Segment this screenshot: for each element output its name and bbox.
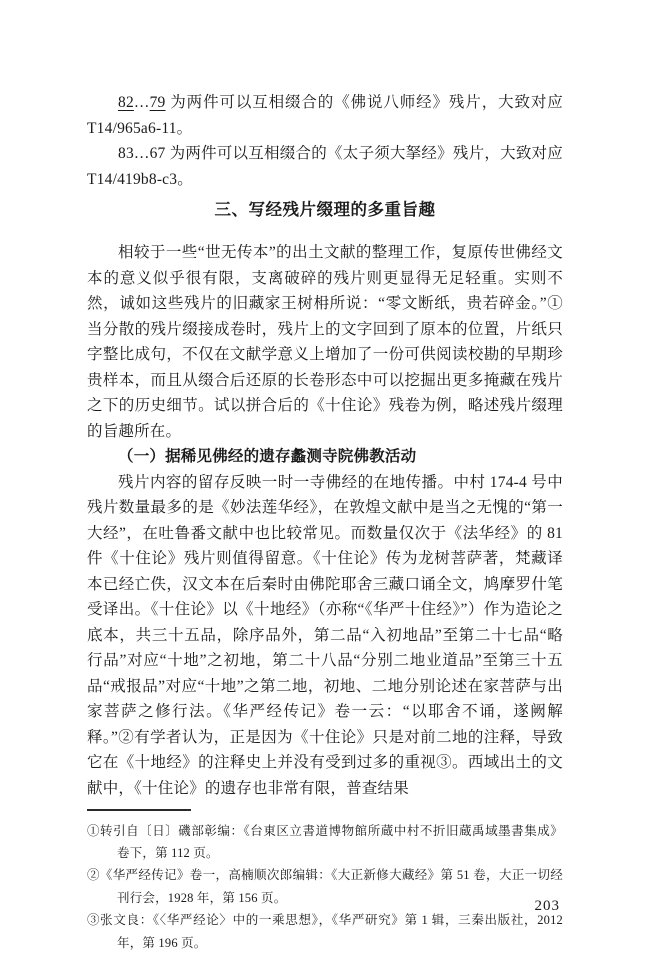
page-number: 203 (535, 898, 561, 915)
footnote-1: ①转引自〔日〕磯部彰编：《台東区立書道博物館所蔵中村不折旧蔵禹域墨書集成》卷下，… (87, 820, 563, 865)
paragraph-fragment-83-67: 83…67 为两件可以互相缀合的《太子须大拏经》残片，大致对应 T14/419b… (87, 141, 563, 192)
footnote-3: ③张文良：《〈华严经论〉中的一乘思想》，《华严研究》第 1 辑，三秦出版社，20… (87, 909, 563, 954)
section-paragraph: 相较于一些“世无传本”的出土文献的整理工作，复原传世佛经文本的意义似乎很有限，支… (87, 240, 563, 444)
section-heading: 三、写经残片缀理的多重旨趣 (87, 196, 563, 224)
fragment-number-79: 79 (150, 94, 166, 111)
ellipsis-separator: … (134, 94, 150, 111)
subsection-heading: （一）据稀见佛经的遗存蠡测寺院佛教活动 (87, 444, 563, 470)
page-body: 82…79 为两件可以互相缀合的《佛说八师经》残片，大致对应 T14/965a6… (87, 90, 563, 954)
footnote-divider (87, 809, 191, 811)
footnotes-section: ①转引自〔日〕磯部彰编：《台東区立書道博物館所蔵中村不折旧蔵禹域墨書集成》卷下，… (87, 820, 563, 954)
footnote-2: ②《华严经传记》卷一，高楠顺次郎编辑：《大正新修大藏经》第 51 卷，大正一切经… (87, 864, 563, 909)
subsection-paragraph: 残片内容的留存反映一时一寺佛经的在地传播。中村 174-4 号中残片数量最多的是… (87, 470, 563, 802)
fragment-number-82: 82 (118, 94, 134, 111)
paragraph-fragment-82-79: 82…79 为两件可以互相缀合的《佛说八师经》残片，大致对应 T14/965a6… (87, 90, 563, 141)
document-page: 82…79 为两件可以互相缀合的《佛说八师经》残片，大致对应 T14/965a6… (0, 0, 650, 973)
